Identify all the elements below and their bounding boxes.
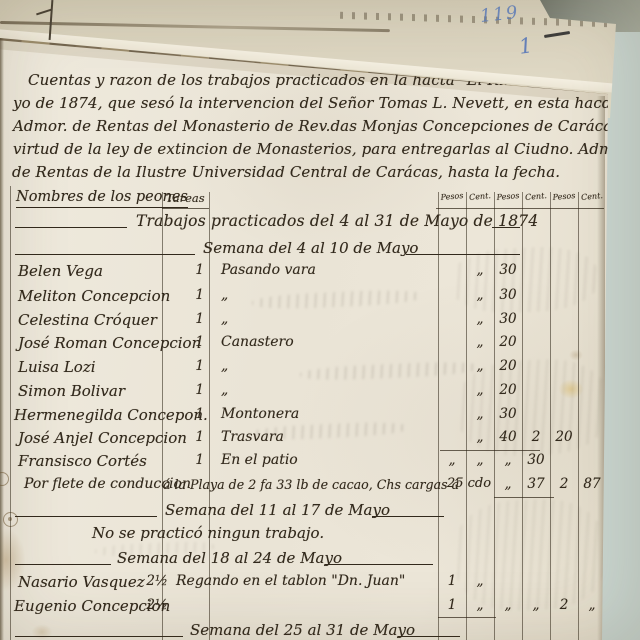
ledger-row: Celestina Cróquer 1 „ „30	[0, 311, 640, 335]
money-cell: „	[466, 406, 494, 422]
section-rule	[398, 636, 460, 637]
money-cell: „	[494, 476, 522, 492]
money-cell: 20	[494, 358, 522, 374]
money-cell: „	[466, 311, 494, 327]
freight-rate: 25 cdo	[438, 476, 500, 491]
money-cell: 30	[494, 287, 522, 303]
money-column-header: Pesos	[549, 191, 580, 203]
tareas-value: 1	[156, 311, 204, 327]
table-header-row: Nombres de los peones Tareas Pesos Cent.…	[0, 189, 640, 213]
task-description: „	[221, 382, 228, 398]
section-title: Trabajos practicados del 4 al 31 de Mayo…	[136, 212, 538, 230]
money-cell: „	[494, 452, 522, 468]
page-number: 1	[517, 33, 534, 59]
worker-name: Celestina Cróquer	[18, 311, 157, 329]
ledger-row: Eugenio Concepcion 2½ 1„„„2„	[0, 597, 640, 621]
worker-name: Simon Bolivar	[18, 382, 125, 400]
ledger-row: Simon Bolivar 1 „ „20	[0, 382, 640, 406]
money-cell: „	[578, 597, 606, 613]
week-title: Semana del 11 al 17 de Mayo	[165, 501, 390, 519]
ledger-row: Meliton Concepcion 1 „ „30	[0, 287, 640, 311]
pencil-dash-mark	[544, 31, 570, 38]
week-header-row: Semana del 4 al 10 de Mayo	[0, 239, 640, 263]
money-cell: 2	[550, 476, 578, 492]
page-crease	[0, 21, 390, 32]
worker-name: Nasario Vasquez	[18, 573, 145, 591]
money-cell: 1	[438, 597, 466, 613]
names-column-header: Nombres de los peones	[16, 189, 188, 208]
money-column-header: Pesos	[437, 191, 468, 203]
section-rule	[15, 516, 157, 517]
task-description: „	[221, 287, 228, 303]
task-description: Regando en el tablon "Dn. Juan"	[176, 573, 405, 589]
ledger-row: Hermenegilda Concepon. 1 Montonera „30	[0, 406, 640, 430]
tareas-value: 1	[156, 429, 204, 445]
money-column-header: Cent.	[465, 191, 496, 203]
worker-name: Luisa Lozi	[18, 358, 96, 376]
section-rule	[15, 227, 127, 228]
week-header-row: Semana del 25 al 31 de Mayo	[0, 621, 640, 640]
money-cell: „	[466, 287, 494, 303]
ledger-row: José Roman Concepcion 1 Canastero „20	[0, 334, 640, 358]
task-description: Canastero	[221, 334, 294, 350]
section-rule	[492, 227, 520, 228]
previous-page-number: 119	[479, 2, 520, 27]
task-description: „	[221, 358, 228, 374]
money-cell: 20	[494, 382, 522, 398]
no-work-note: No se practicó ningun trabajo.	[92, 524, 324, 542]
tareas-value: 2½	[138, 597, 168, 613]
tareas-column-header: Tareas	[166, 191, 205, 205]
money-cell: „	[494, 597, 522, 613]
tareas-value: 1	[156, 406, 204, 422]
money-cell: „	[466, 597, 494, 613]
money-cell: 30	[494, 311, 522, 327]
worker-name: Fransisco Cortés	[18, 452, 147, 470]
section-rule	[15, 564, 111, 565]
ledger-scan-screenshot: { "document": { "foliation": { "previous…	[0, 0, 640, 640]
no-work-note-row: No se practicó ningun trabajo.	[0, 524, 640, 548]
task-description: Montonera	[221, 406, 299, 422]
section-title-row: Trabajos practicados del 4 al 31 de Mayo…	[0, 212, 640, 236]
money-column-header: Cent.	[521, 191, 552, 203]
tareas-value: 1	[156, 262, 204, 278]
money-cell: „	[466, 429, 494, 445]
money-cell: „	[466, 334, 494, 350]
task-description: „	[221, 311, 228, 327]
money-cell: 30	[494, 406, 522, 422]
money-cell: 30	[494, 262, 522, 278]
task-description: Trasvara	[221, 429, 284, 445]
money-cell: 20	[494, 334, 522, 350]
tareas-value: 1	[156, 382, 204, 398]
money-cell: 20	[550, 429, 578, 445]
week-title: Semana del 25 al 31 de Mayo	[190, 621, 415, 639]
worker-name: Meliton Concepcion	[18, 287, 170, 305]
week-title: Semana del 4 al 10 de Mayo	[203, 239, 418, 257]
tareas-value: 2½	[138, 573, 168, 589]
heading-line: virtud de la ley de extincion de Monaste…	[13, 140, 633, 158]
money-cell: „	[466, 262, 494, 278]
money-cell: 40	[494, 429, 522, 445]
tareas-value: 1	[156, 334, 204, 350]
money-cell: „	[438, 452, 466, 468]
money-cell: „	[522, 597, 550, 613]
section-rule	[15, 254, 195, 255]
money-cell: 2	[522, 429, 550, 445]
document-page: Cuentas y razon de los trabajos practica…	[0, 0, 640, 640]
money-cell: 87	[578, 476, 606, 492]
week-title: Semana del 18 al 24 de Mayo	[117, 549, 342, 567]
money-cell: „	[466, 382, 494, 398]
money-cell: „	[466, 452, 494, 468]
worker-name: Belen Vega	[18, 262, 103, 280]
section-rule	[325, 564, 433, 565]
section-rule	[372, 516, 444, 517]
section-rule	[406, 254, 520, 255]
ledger-row: José Anjel Concepcion 1 Trasvara „40220	[0, 429, 640, 453]
money-cell: 2	[550, 597, 578, 613]
money-column-header: Pesos	[493, 191, 524, 203]
heading-line: yo de 1874, que sesó la intervencion del…	[13, 94, 640, 112]
freight-row: Por flete de conduccion á la Playa de 2 …	[0, 476, 640, 500]
section-rule	[15, 636, 183, 637]
tareas-value: 1	[156, 452, 204, 468]
ledger-row: Luisa Lozi 1 „ „20	[0, 358, 640, 382]
money-cell: „	[466, 573, 494, 589]
freight-description: á la Playa de 2 fa 33 lb de cacao, Chs c…	[163, 477, 459, 492]
ledger-row: Nasario Vasquez 2½ Regando en el tablon …	[0, 573, 640, 597]
task-description: Pasando vara	[221, 262, 316, 278]
money-cell: 1	[438, 573, 466, 589]
money-cell: 37	[522, 476, 550, 492]
money-cell: 30	[522, 452, 550, 468]
week-header-row: Semana del 18 al 24 de Mayo	[0, 549, 640, 573]
tareas-value: 1	[156, 358, 204, 374]
money-cell: „	[466, 358, 494, 374]
heading-line: Admor. de Rentas del Monasterio de Rev.d…	[13, 117, 640, 135]
tareas-value: 1	[156, 287, 204, 303]
ledger-row: Fransisco Cortés 1 En el patio „„„30	[0, 452, 640, 476]
ledger-row: Belen Vega 1 Pasando vara „30	[0, 262, 640, 286]
task-description: En el patio	[221, 452, 298, 468]
heading-line: de Rentas de la Ilustre Universidad Cent…	[12, 163, 560, 181]
money-column-header: Cent.	[577, 191, 608, 203]
week-header-row: Semana del 11 al 17 de Mayo	[0, 501, 640, 525]
